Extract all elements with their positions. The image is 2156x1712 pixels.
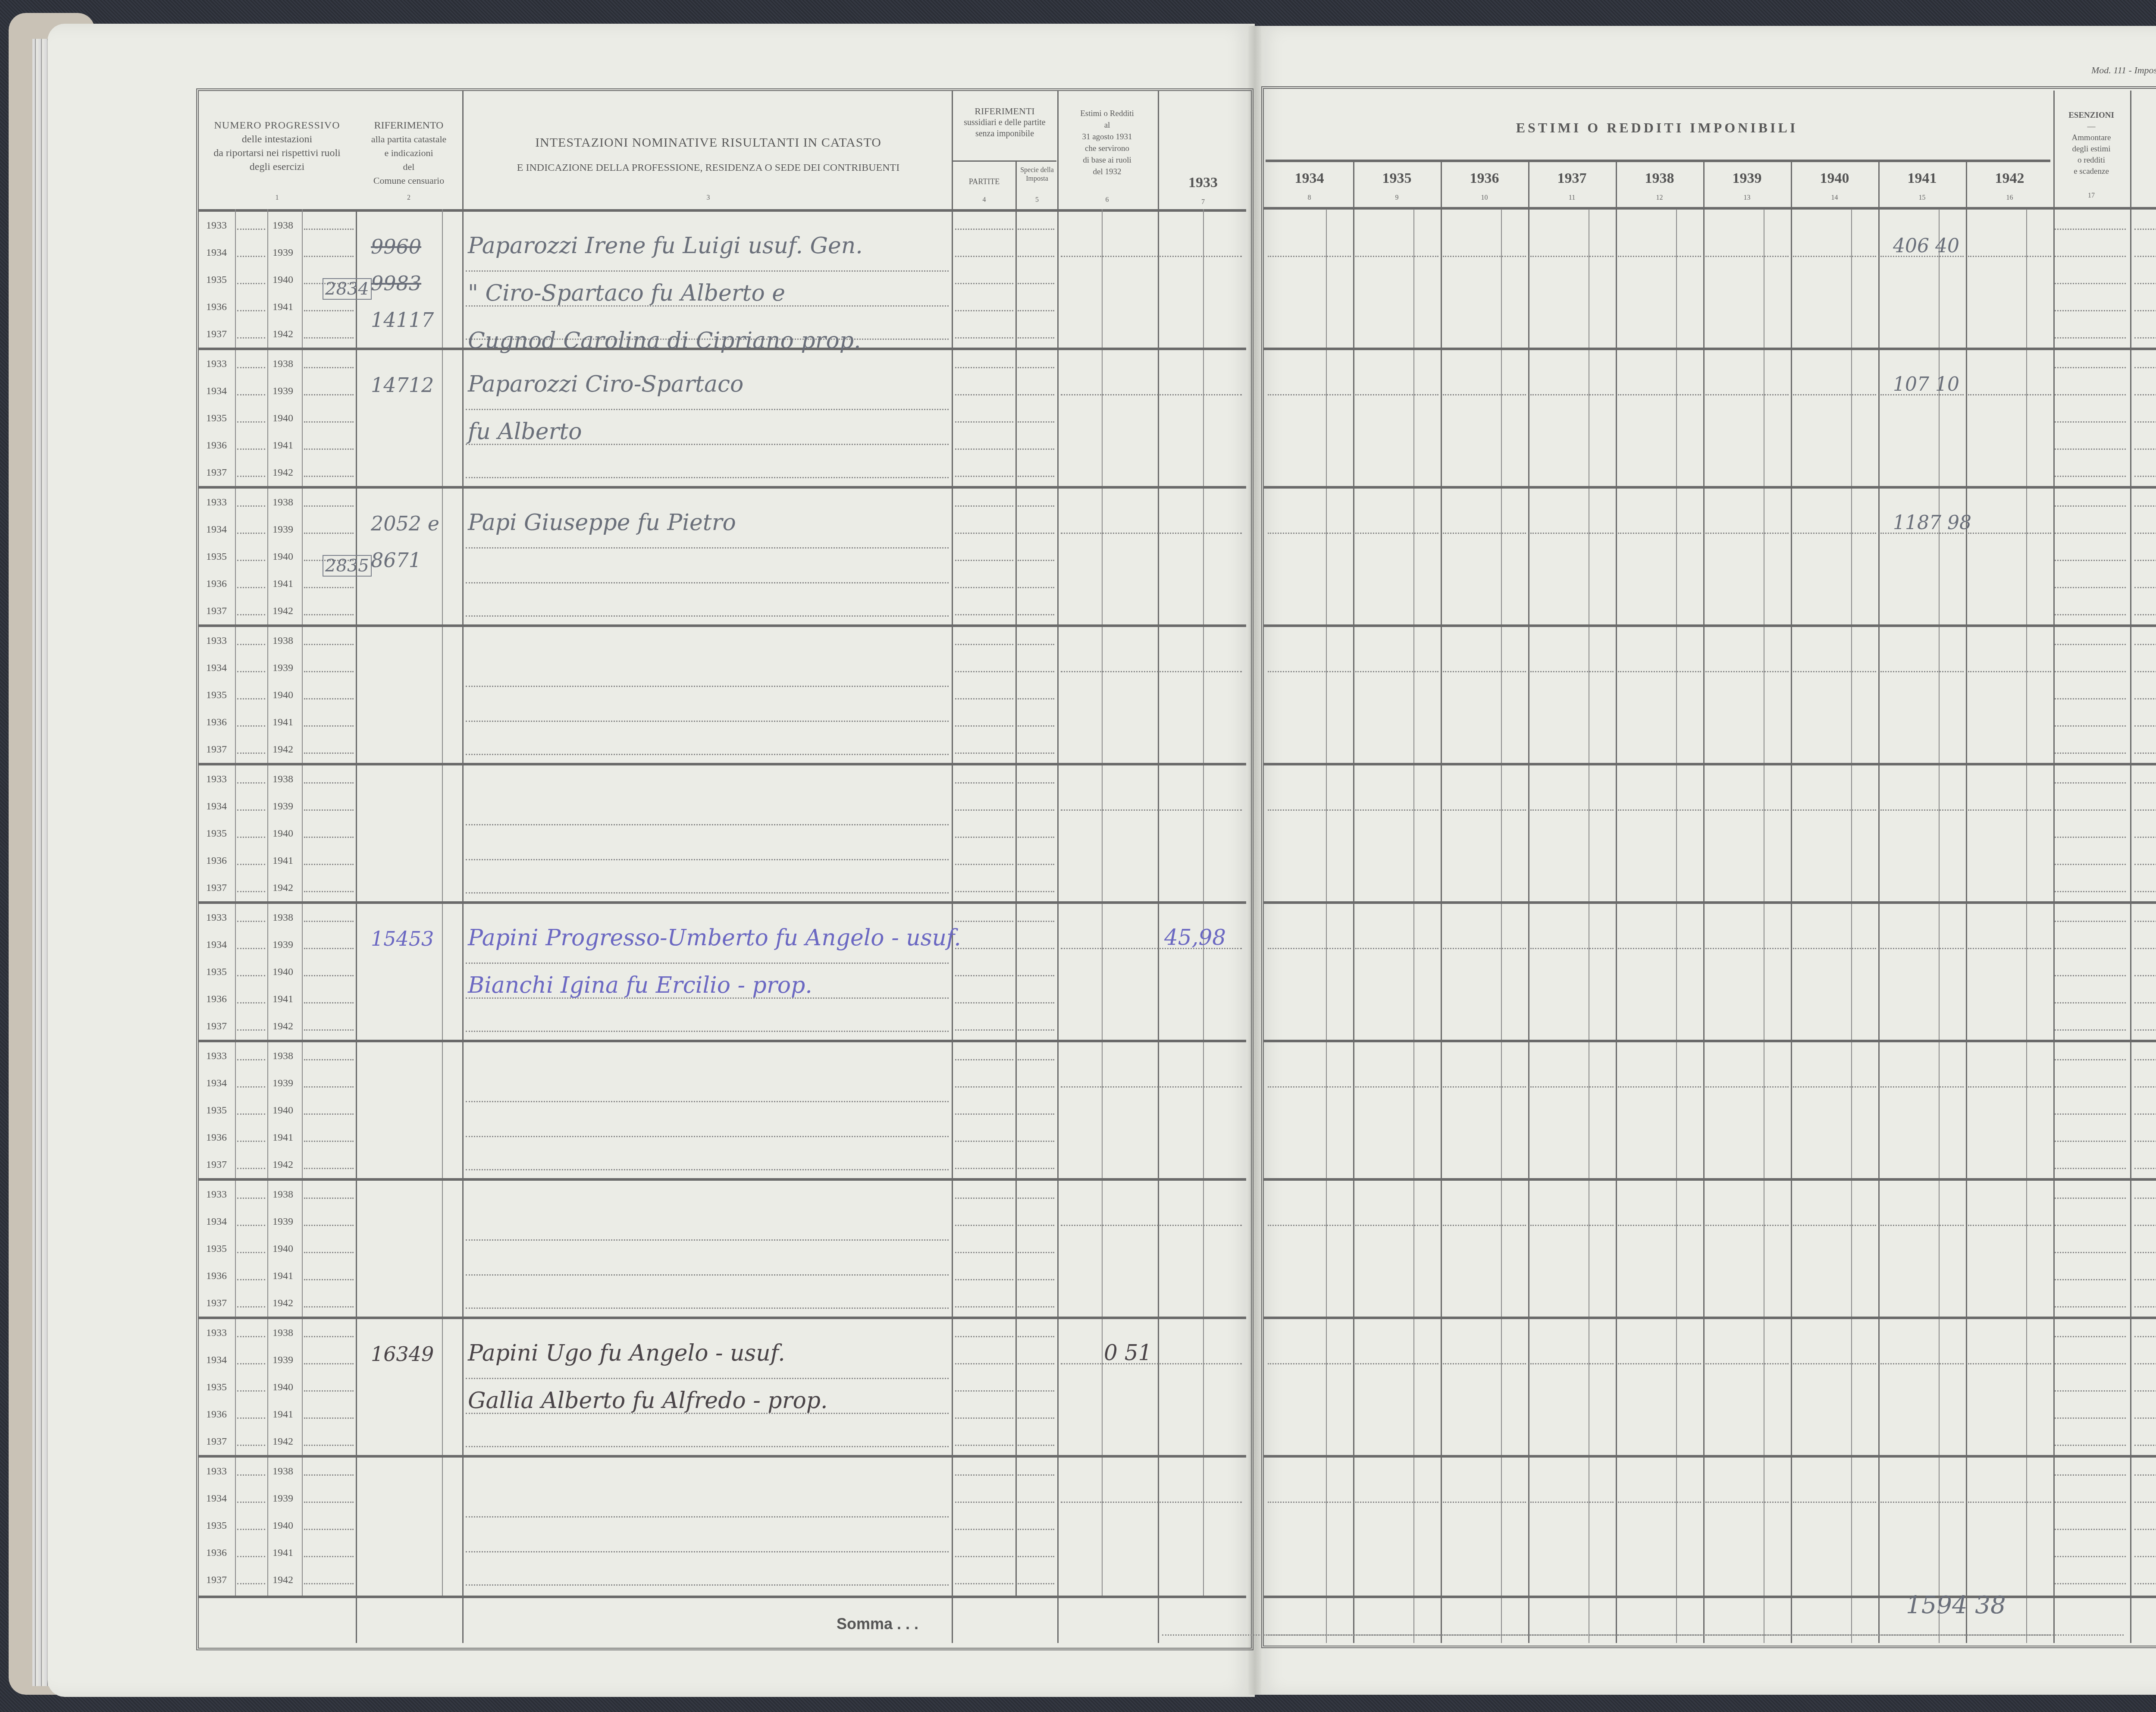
intestazione-text: Bianchi Igina fu Ercilio - prop.: [468, 972, 812, 998]
intestazione-text: fu Alberto: [468, 419, 582, 445]
col-number: 13: [1703, 194, 1791, 202]
year-label: 1941: [273, 1270, 293, 1282]
form-code: Mod. 111 - Imposte Dirette (Intercalare)…: [2091, 65, 2156, 76]
year-label: 1936: [206, 1409, 227, 1420]
sum-label: Somma . . .: [837, 1615, 918, 1633]
year-label: 1940: [273, 1105, 293, 1116]
col-number: 12: [1616, 194, 1703, 202]
year-label: 1934: [206, 1078, 227, 1089]
year-label: 1933: [206, 912, 227, 924]
header-col3: INTESTAZIONI NOMINATIVE RISULTANTI IN CA…: [464, 136, 953, 175]
year-label: 1937: [206, 1159, 227, 1171]
year-label: 1940: [273, 413, 293, 424]
year-label: 1942: [273, 605, 293, 617]
year-label: 1938: [273, 1189, 293, 1201]
ledger-entry-row[interactable]: [198, 1178, 2156, 1317]
year-label: 1939: [273, 662, 293, 674]
year-label: 1938: [273, 635, 293, 647]
year-label: 1942: [273, 1298, 293, 1309]
year-label: 1933: [206, 1327, 227, 1339]
estimo-1933: 45,98: [1164, 925, 1226, 950]
col3-number: 3: [464, 194, 953, 202]
col7-number: 7: [1160, 198, 1246, 206]
year-label: 1935: [206, 551, 227, 563]
year-label: 1935: [206, 966, 227, 978]
year-label: 1939: [273, 1493, 293, 1505]
year-label: 1938: [273, 912, 293, 924]
year-label: 1934: [206, 1493, 227, 1505]
riferimento-partita: 14117: [371, 308, 434, 332]
header-esenzioni: ESENZIONI — Ammontare degli estimi o red…: [2053, 110, 2130, 177]
year-label: 1936: [206, 1132, 227, 1144]
header-year-1934: 1934: [1266, 170, 1353, 187]
header-year-1940: 1940: [1791, 170, 1878, 187]
estimo-1931: 0 51: [1104, 1340, 1152, 1365]
intestazione-text: Paparozzi Ciro-Spartaco: [468, 371, 743, 397]
year-label: 1933: [206, 1189, 227, 1201]
year-label: 1933: [206, 774, 227, 785]
year-label: 1941: [273, 855, 293, 867]
year-label: 1935: [206, 1105, 227, 1116]
year-label: 1939: [273, 247, 293, 259]
year-label: 1934: [206, 662, 227, 674]
year-label: 1938: [273, 497, 293, 508]
col-number: 15: [1878, 194, 1966, 202]
year-label: 1937: [206, 467, 227, 479]
header-year-1936: 1936: [1441, 170, 1528, 187]
col2-number: 2: [357, 194, 461, 202]
year-label: 1941: [273, 1547, 293, 1559]
year-label: 1934: [206, 1355, 227, 1366]
header-col5: Specie della Imposta: [1018, 166, 1056, 183]
col18-number: 18: [2132, 190, 2156, 198]
year-label: 1938: [273, 1466, 293, 1477]
year-label: 1935: [206, 828, 227, 840]
year-label: 1941: [273, 717, 293, 728]
year-label: 1936: [206, 578, 227, 590]
header-col45: RIFERIMENTI sussidiari e delle partite s…: [953, 106, 1056, 139]
ledger-entry-row[interactable]: [198, 624, 2156, 763]
riferimento-partita: 14712: [371, 373, 434, 397]
col17-number: 17: [2053, 192, 2130, 200]
year-label: 1933: [206, 220, 227, 232]
col6-number: 6: [1059, 196, 1156, 204]
header-col2: RIFERIMENTO alla partita catastale e ind…: [357, 119, 461, 188]
year-label: 1939: [273, 386, 293, 397]
header-year-1938: 1938: [1616, 170, 1703, 187]
year-label: 1942: [273, 329, 293, 340]
riferimento-partita: 2052 e: [371, 512, 439, 535]
year-label: 1933: [206, 497, 227, 508]
year-label: 1938: [273, 358, 293, 370]
year-label: 1942: [273, 1436, 293, 1448]
ledger-entry-row[interactable]: [198, 1455, 2156, 1593]
year-label: 1939: [273, 1355, 293, 1366]
header-col1: NUMERO PROGRESSIVO delle intestazioni da…: [198, 119, 356, 174]
ledger-entry-row[interactable]: [198, 1040, 2156, 1178]
header-col4: PARTITE: [953, 175, 1015, 188]
estimo-1941: 107 10: [1893, 373, 1959, 395]
year-label: 1937: [206, 1574, 227, 1586]
ledger-entry-row[interactable]: [198, 348, 2156, 486]
year-label: 1941: [273, 1409, 293, 1420]
intestazione-text: Papini Progresso-Umberto fu Angelo - usu…: [468, 925, 961, 951]
year-label: 1942: [273, 467, 293, 479]
year-label: 1934: [206, 247, 227, 259]
year-label: 1937: [206, 1298, 227, 1309]
col-number: 16: [1966, 194, 2053, 202]
year-label: 1933: [206, 1466, 227, 1477]
header-year-1933: 1933: [1160, 175, 1246, 191]
year-label: 1934: [206, 1216, 227, 1228]
year-label: 1936: [206, 301, 227, 313]
riferimento-partita: 16349: [371, 1342, 434, 1366]
year-label: 1940: [273, 1382, 293, 1393]
year-label: 1937: [206, 744, 227, 756]
col-number: 14: [1791, 194, 1878, 202]
year-label: 1937: [206, 1436, 227, 1448]
header-annotazioni: ANNOTAZIONI: [2132, 140, 2156, 154]
col5-number: 5: [1018, 196, 1056, 204]
year-label: 1939: [273, 939, 293, 951]
year-label: 1942: [273, 1574, 293, 1586]
year-label: 1938: [273, 774, 293, 785]
ledger-entry-row[interactable]: [198, 1317, 2156, 1455]
year-label: 1933: [206, 635, 227, 647]
header-col6: Estimi o Redditi al 31 agosto 1931 che s…: [1059, 108, 1156, 178]
year-label: 1936: [206, 1547, 227, 1559]
year-label: 1933: [206, 358, 227, 370]
year-label: 1937: [206, 329, 227, 340]
year-label: 1938: [273, 1050, 293, 1062]
year-label: 1936: [206, 717, 227, 728]
year-label: 1942: [273, 1021, 293, 1032]
year-label: 1940: [273, 966, 293, 978]
year-label: 1936: [206, 855, 227, 867]
ledger-entry-row[interactable]: [198, 763, 2156, 901]
riferimento-partita: 8671: [371, 549, 421, 572]
riferimenti-subrule: [953, 160, 1056, 162]
year-label: 1940: [273, 828, 293, 840]
header-year-1939: 1939: [1703, 170, 1791, 187]
year-label: 1934: [206, 801, 227, 812]
year-label: 1936: [206, 1270, 227, 1282]
year-label: 1941: [273, 440, 293, 452]
col-number: 10: [1441, 194, 1528, 202]
year-label: 1941: [273, 578, 293, 590]
year-label: 1935: [206, 413, 227, 424]
year-label: 1942: [273, 882, 293, 894]
year-label: 1940: [273, 551, 293, 563]
totals-separator: [1263, 1596, 2156, 1598]
year-label: 1941: [273, 301, 293, 313]
year-label: 1937: [206, 605, 227, 617]
col-number: 11: [1528, 194, 1616, 202]
year-label: 1935: [206, 1382, 227, 1393]
year-label: 1936: [206, 440, 227, 452]
year-label: 1935: [206, 690, 227, 701]
year-label: 1937: [206, 882, 227, 894]
year-label: 1934: [206, 939, 227, 951]
progressivo-number: 2834: [323, 278, 372, 300]
estimo-1941: 406 40: [1893, 235, 1959, 257]
progressivo-number: 2835: [323, 555, 372, 577]
total-1941: 1594 38: [1906, 1591, 2006, 1619]
ledger-entry-row[interactable]: [198, 209, 2156, 348]
year-label: 1942: [273, 1159, 293, 1171]
col1-number: 1: [198, 194, 356, 202]
header-year-1942: 1942: [1966, 170, 2053, 187]
year-label: 1933: [206, 1050, 227, 1062]
intestazione-text: " Ciro-Spartaco fu Alberto e: [468, 280, 785, 306]
ledger-entry-row[interactable]: [198, 901, 2156, 1040]
year-label: 1937: [206, 1021, 227, 1032]
year-label: 1942: [273, 744, 293, 756]
year-label: 1938: [273, 1327, 293, 1339]
year-label: 1940: [273, 1520, 293, 1532]
riferimento-partita: 9960: [371, 235, 421, 258]
year-label: 1939: [273, 801, 293, 812]
year-label: 1934: [206, 524, 227, 536]
year-label: 1939: [273, 1216, 293, 1228]
header-year-1935: 1935: [1353, 170, 1441, 187]
year-label: 1940: [273, 1243, 293, 1255]
estimi-title: ESTIMI O REDDITI IMPONIBILI: [1266, 121, 2048, 135]
intestazione-text: Papi Giuseppe fu Pietro: [468, 510, 736, 536]
year-label: 1940: [273, 274, 293, 286]
year-label: 1939: [273, 1078, 293, 1089]
year-label: 1934: [206, 386, 227, 397]
totals-separator: [198, 1596, 1246, 1598]
col-number: 9: [1353, 194, 1441, 202]
estimo-1941: 1187 98: [1893, 512, 1971, 534]
col-number: 8: [1266, 194, 1353, 202]
header-year-1937: 1937: [1528, 170, 1616, 187]
header-year-1941: 1941: [1878, 170, 1966, 187]
year-label: 1941: [273, 994, 293, 1005]
year-label: 1939: [273, 524, 293, 536]
sum-line: [1266, 1634, 2050, 1636]
intestazione-text: Gallia Alberto fu Alfredo - prop.: [468, 1388, 828, 1414]
intestazione-text: Papini Ugo fu Angelo - usuf.: [468, 1340, 785, 1366]
year-label: 1935: [206, 1243, 227, 1255]
col4-number: 4: [953, 196, 1015, 204]
year-header-rule: [1266, 160, 2050, 162]
riferimento-partita: 9983: [371, 272, 421, 295]
year-label: 1940: [273, 690, 293, 701]
year-label: 1935: [206, 274, 227, 286]
riferimento-partita: 15453: [371, 927, 434, 950]
intestazione-text: Paparozzi Irene fu Luigi usuf. Gen.: [468, 233, 863, 259]
ledger-entry-row[interactable]: [198, 486, 2156, 624]
year-label: 1935: [206, 1520, 227, 1532]
year-label: 1938: [273, 220, 293, 232]
year-label: 1941: [273, 1132, 293, 1144]
year-label: 1936: [206, 994, 227, 1005]
